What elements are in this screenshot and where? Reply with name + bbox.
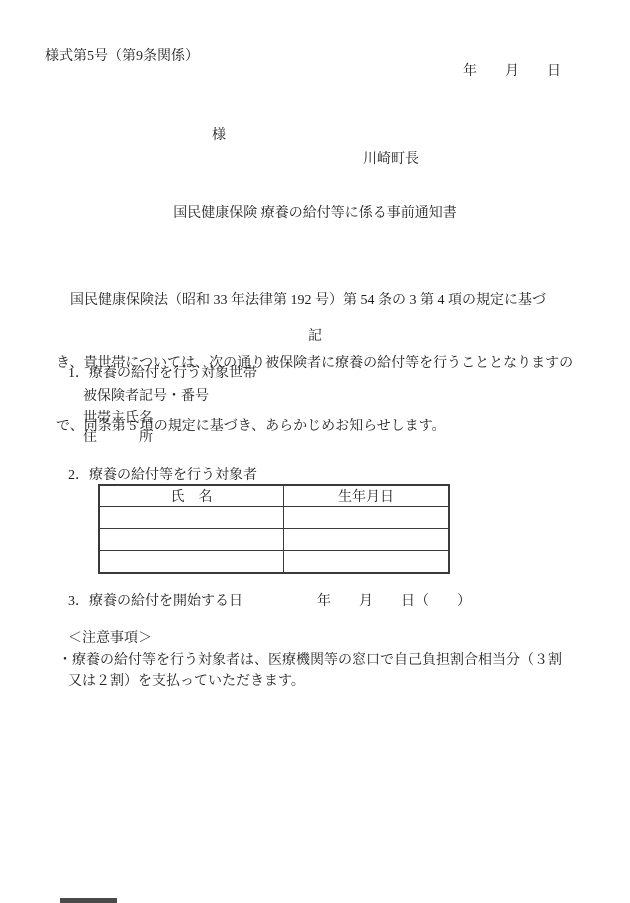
table-header-birthdate: 生年月日	[284, 486, 449, 507]
document-title: 国民健康保険 療養の給付等に係る事前通知書	[0, 203, 630, 224]
section1-field-householder-name: 世帯主氏名	[83, 408, 153, 429]
ki-marker: 記	[0, 326, 630, 347]
table-cell-name	[100, 529, 284, 551]
notes-line-continuation: 又は２割）を支払っていただきます。	[68, 671, 305, 692]
recipients-table: 氏 名 生年月日	[99, 485, 449, 573]
table-header-row: 氏 名 生年月日	[100, 486, 449, 507]
document-page: 様式第5号（第9条関係） 年 月 日 様 川崎町長 国民健康保険 療養の給付等に…	[0, 0, 630, 903]
table-row	[100, 551, 449, 573]
sender-name: 川崎町長	[363, 149, 419, 170]
table-row	[100, 507, 449, 529]
table-header-name: 氏 名	[100, 486, 284, 507]
form-number: 様式第5号（第9条関係）	[45, 46, 199, 67]
section2-heading: 2．療養の給付等を行う対象者	[68, 465, 257, 486]
notes-heading: ＜注意事項＞	[68, 628, 152, 649]
section1-heading: 1．療養の給付を行う対象世帯	[68, 363, 257, 384]
table-cell-birthdate	[284, 529, 449, 551]
body-line: 国民健康保険法（昭和 33 年法律第 192 号）第 54 条の 3 第 4 項…	[56, 290, 573, 311]
table-cell-name	[100, 551, 284, 573]
table-cell-birthdate	[284, 507, 449, 529]
section3-label: 3．療養の給付を開始する日	[68, 591, 243, 612]
notes-line: ・療養の給付等を行う対象者は、医療機関等の窓口で自己負担割合相当分（３割	[58, 650, 562, 671]
section1-field-insured-number: 被保険者記号・番号	[83, 386, 209, 407]
table-cell-birthdate	[284, 551, 449, 573]
table-cell-name	[100, 507, 284, 529]
addressee-honorific: 様	[212, 125, 226, 146]
page-bottom-artifact	[60, 898, 117, 903]
section3-date-blanks: 年 月 日（ ）	[317, 591, 471, 612]
date-line: 年 月 日	[463, 61, 561, 82]
table-row	[100, 529, 449, 551]
section1-field-address: 住 所	[83, 427, 153, 448]
